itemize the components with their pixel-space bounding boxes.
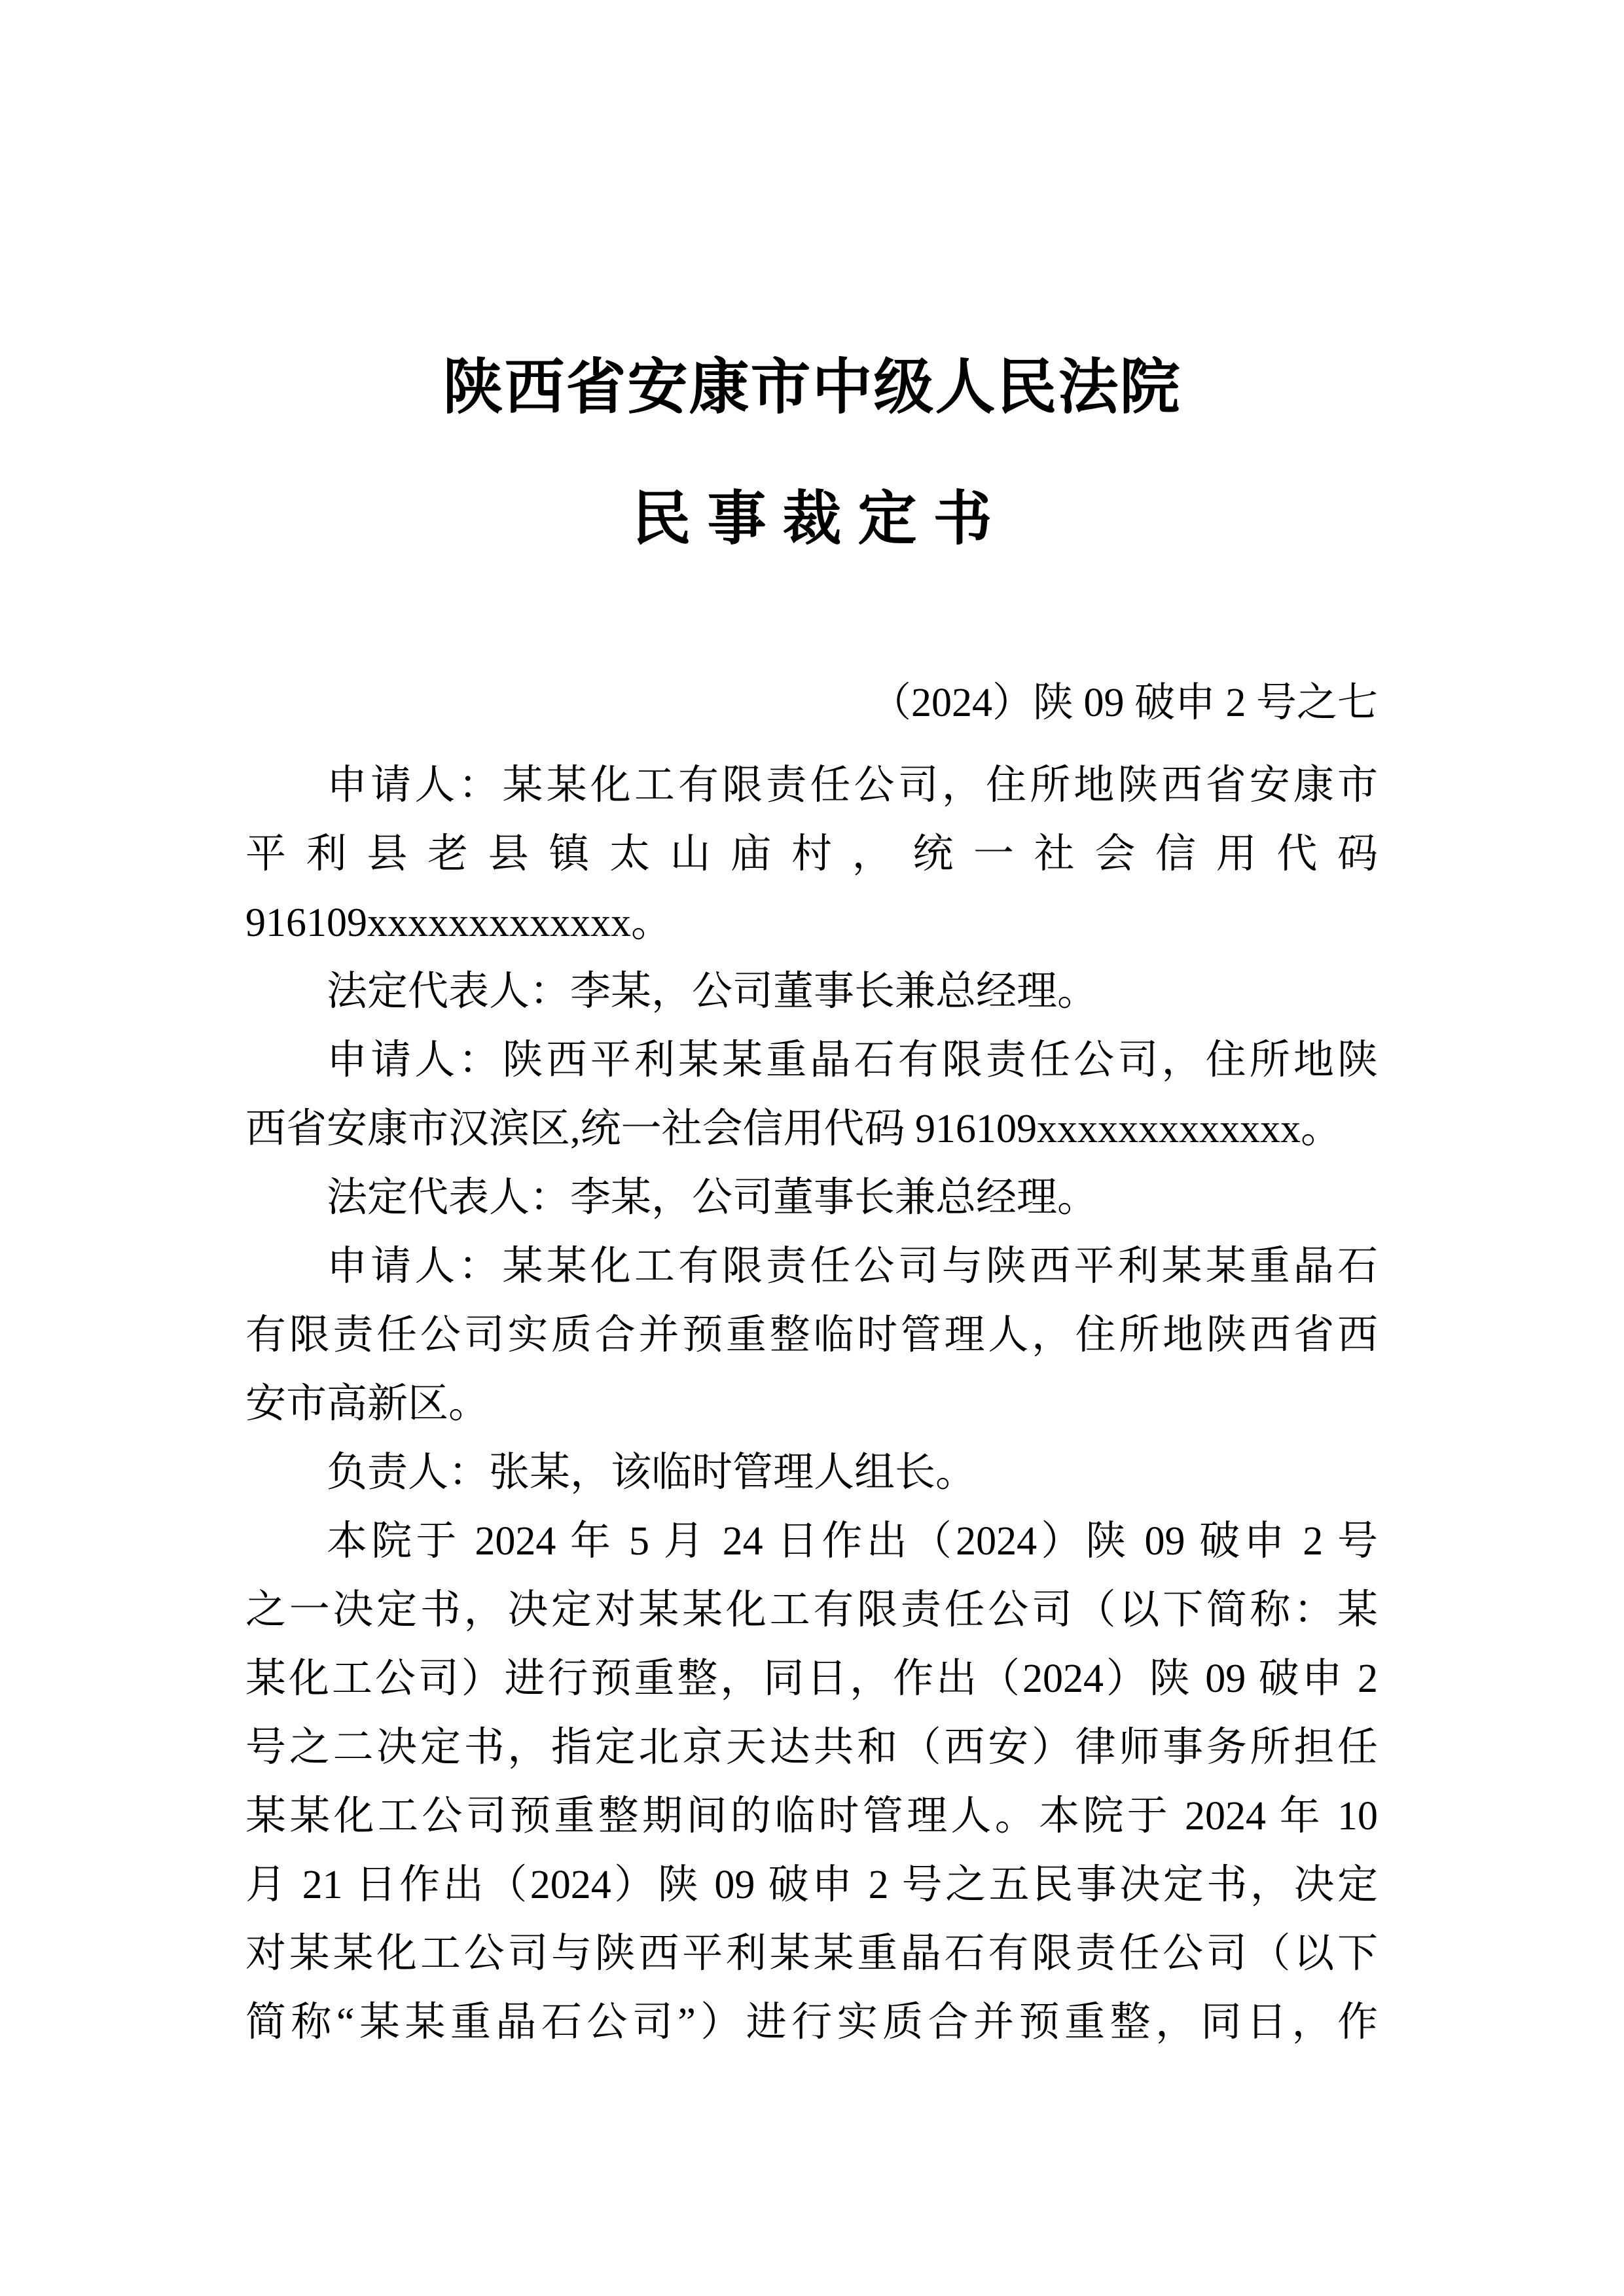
document-body: 申请人：某某化工有限责任公司，住所地陕西省安康市平利县老县镇太山庙村，统一社会信… — [245, 751, 1378, 2057]
body-line: 对某某化工公司与陕西平利某某重晶石有限责任公司（以下 — [245, 1920, 1378, 1988]
body-paragraph: 负责人：张某，该临时管理人组长。 — [245, 1439, 1378, 1507]
body-line: 申请人：陕西平利某某重晶石有限责任公司，住所地陕 — [245, 1026, 1378, 1095]
body-paragraph: 申请人：某某化工有限责任公司，住所地陕西省安康市平利县老县镇太山庙村，统一社会信… — [245, 751, 1378, 958]
body-paragraph: 法定代表人：李某，公司董事长兼总经理。 — [245, 1164, 1378, 1232]
body-line: 某化工公司）进行预重整，同日，作出（2024）陕 09 破申 2 — [245, 1645, 1378, 1713]
document-type-title: 民 事 裁 定 书 — [0, 490, 1624, 548]
document-page: 陕西省安康市中级人民法院 民 事 裁 定 书 （2024）陕 09 破申 2 号… — [0, 0, 1624, 2296]
body-line: 法定代表人：李某，公司董事长兼总经理。 — [245, 958, 1378, 1026]
body-line: 平利县老县镇太山庙村，统一社会信用代码 — [245, 820, 1378, 889]
body-line: 本院于 2024 年 5 月 24 日作出（2024）陕 09 破申 2 号 — [245, 1507, 1378, 1576]
body-line: 西省安康市汉滨区,统一社会信用代码 916109xxxxxxxxxxxxx。 — [245, 1095, 1378, 1164]
body-line: 负责人：张某，该临时管理人组长。 — [245, 1439, 1378, 1507]
court-name: 陕西省安康市中级人民法院 — [0, 357, 1624, 418]
body-line: 月 21 日作出（2024）陕 09 破申 2 号之五民事决定书，决定 — [245, 1851, 1378, 1920]
body-line: 之一决定书，决定对某某化工有限责任公司（以下简称：某 — [245, 1576, 1378, 1645]
body-paragraph: 法定代表人：李某，公司董事长兼总经理。 — [245, 958, 1378, 1026]
case-number: （2024）陕 09 破申 2 号之七 — [245, 669, 1378, 738]
body-line: 法定代表人：李某，公司董事长兼总经理。 — [245, 1164, 1378, 1232]
body-line: 号之二决定书，指定北京天达共和（西安）律师事务所担任 — [245, 1713, 1378, 1782]
body-paragraph: 本院于 2024 年 5 月 24 日作出（2024）陕 09 破申 2 号之一… — [245, 1507, 1378, 2057]
body-line: 916109xxxxxxxxxxxxx。 — [245, 889, 1378, 958]
body-line: 有限责任公司实质合并预重整临时管理人，住所地陕西省西 — [245, 1301, 1378, 1370]
body-line: 申请人：某某化工有限责任公司与陕西平利某某重晶石 — [245, 1232, 1378, 1301]
body-line: 某某化工公司预重整期间的临时管理人。本院于 2024 年 10 — [245, 1782, 1378, 1851]
body-line: 简称“某某重晶石公司”）进行实质合并预重整，同日，作 — [245, 1988, 1378, 2057]
body-line: 申请人：某某化工有限责任公司，住所地陕西省安康市 — [245, 751, 1378, 820]
body-line: 安市高新区。 — [245, 1370, 1378, 1439]
body-paragraph: 申请人：某某化工有限责任公司与陕西平利某某重晶石有限责任公司实质合并预重整临时管… — [245, 1232, 1378, 1439]
body-paragraph: 申请人：陕西平利某某重晶石有限责任公司，住所地陕西省安康市汉滨区,统一社会信用代… — [245, 1026, 1378, 1164]
